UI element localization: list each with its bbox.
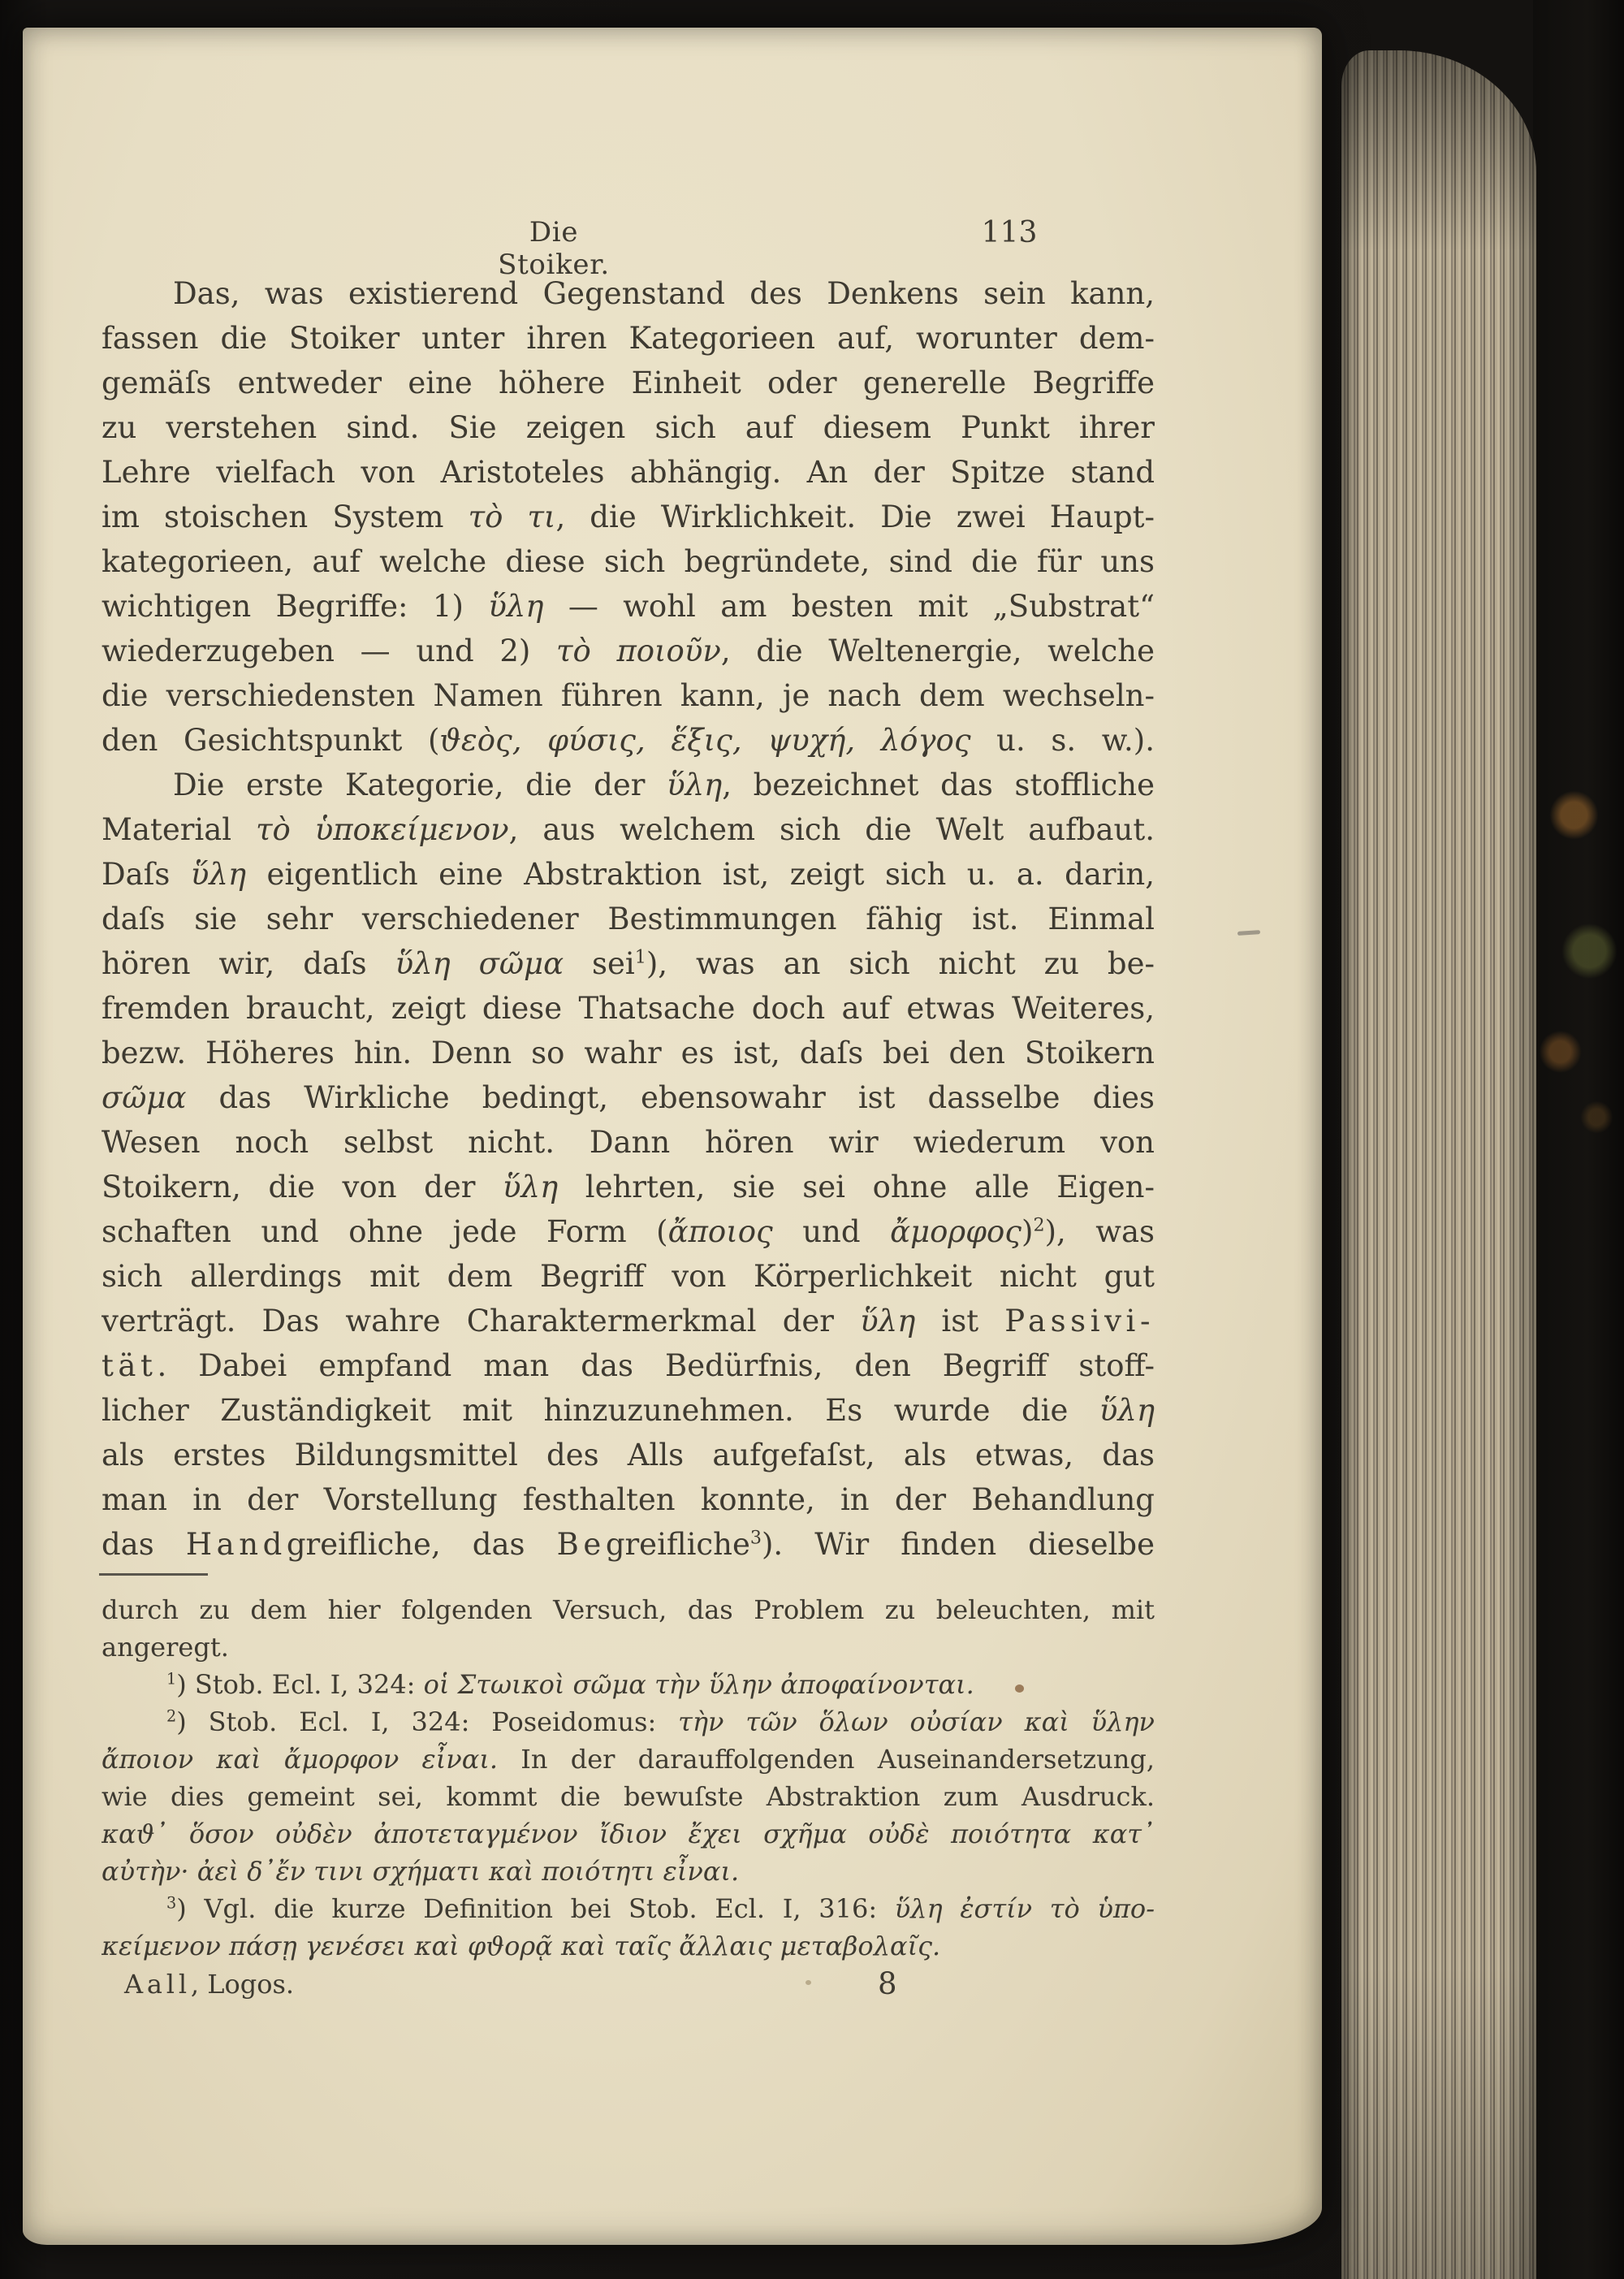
- greek-text: ὕλη: [488, 589, 543, 624]
- book-page: Die Stoiker. 113 Das, was existierend Ge…: [23, 28, 1322, 2245]
- text-run: Wesen noch selbst nicht. Dann hören wir …: [101, 1125, 1155, 1160]
- greek-text: τὸ ποιοῦν: [556, 634, 721, 668]
- text-run: — wohl am besten mit „Substrat“: [543, 589, 1155, 624]
- signature-name: Aall, Logos.: [124, 1969, 294, 2000]
- main-text: Das, was existierend Gegenstand des Denk…: [101, 271, 1155, 1567]
- text-run: Die erste Kategorie, die der: [173, 768, 667, 802]
- footnotes: durch zu dem hier folgenden Versuch, das…: [101, 1591, 1155, 1965]
- text-run: tät: [101, 1348, 157, 1383]
- paper-stain: [806, 1980, 811, 1985]
- greek-text: ὕλη ἐστίν τὸ ὑπο-: [895, 1893, 1155, 1924]
- text-run: Material: [101, 812, 256, 847]
- greek-text: ἄποιος: [668, 1214, 773, 1249]
- greek-text: ὕλη σῶμα: [395, 946, 564, 981]
- text-run: hören wir, daſs: [101, 946, 395, 981]
- text-line: die verschiedensten Namen führen kann, j…: [101, 673, 1155, 718]
- greek-text: καϑ᾽ ὅσον οὐδὲν ἀποτεταγμένον ἴδιον ἔχει…: [101, 1818, 1155, 1849]
- text-line: Wesen noch selbst nicht. Dann hören wir …: [101, 1120, 1155, 1165]
- margin-pencil-mark: [1237, 930, 1260, 936]
- text-run: , Logos.: [191, 1969, 294, 2000]
- text-line: wiederzugeben — und 2) τὸ ποιοῦν, die We…: [101, 629, 1155, 673]
- text-line: fremden braucht, zeigt diese Thatsache d…: [101, 986, 1155, 1031]
- text-line: wie dies gemeint sei, kommt die bewuſste…: [101, 1778, 1155, 1815]
- text-run: ) Stob. Ecl. I, 324: Poseidomus:: [176, 1706, 678, 1737]
- text-line: hören wir, daſs ὕλη σῶμα sei1), was an s…: [101, 941, 1155, 986]
- text-run: man in der Vorstellung festhalten konnte…: [101, 1482, 1155, 1517]
- text-line: tät. Dabei empfand man das Bedürfnis, de…: [101, 1343, 1155, 1388]
- text-line: licher Zuständigkeit mit hinzuzunehmen. …: [101, 1388, 1155, 1433]
- greek-text: σῶμα: [101, 1080, 186, 1115]
- text-run: schaften und ohne jede Form (: [101, 1214, 668, 1249]
- text-run: Hand: [186, 1527, 287, 1562]
- text-run: sei: [564, 946, 635, 981]
- text-line: gemäſs entweder eine höhere Einheit oder…: [101, 361, 1155, 405]
- text-line: durch zu dem hier folgenden Versuch, das…: [101, 1591, 1155, 1628]
- text-line: καϑ᾽ ὅσον οὐδὲν ἀποτεταγμένον ἴδιον ἔχει…: [101, 1815, 1155, 1853]
- text-run: ). Wir finden dieselbe: [762, 1527, 1155, 1562]
- greek-text: κείμενον πάσῃ γενέσει καὶ φϑορᾷ καὶ ταῖς…: [101, 1931, 940, 1961]
- text-run: und: [773, 1214, 890, 1249]
- text-run: ist: [915, 1304, 1004, 1338]
- running-head: Die Stoiker. 113: [23, 216, 1322, 257]
- text-line: man in der Vorstellung festhalten konnte…: [101, 1477, 1155, 1522]
- text-run: Passivi-: [1004, 1304, 1155, 1338]
- greek-text: ἄποιον καὶ ἄμορφον εἶναι.: [101, 1744, 498, 1775]
- text-line: angeregt.: [101, 1628, 1155, 1666]
- text-run: In der darauffolgenden Auseinandersetzun…: [498, 1744, 1155, 1775]
- text-run: fassen die Stoiker unter ihren Kategorie…: [101, 321, 1155, 356]
- text-run: den Gesichtspunkt (: [101, 723, 439, 758]
- text-run: wichtigen Begriffe: 1): [101, 589, 488, 624]
- text-line: Material τὸ ὑποκείμενον, aus welchem sic…: [101, 807, 1155, 852]
- text-run: , aus welchem sich die Welt aufbaut.: [509, 812, 1155, 847]
- text-run: das Wirkliche bedingt, ebensowahr ist da…: [186, 1080, 1155, 1115]
- footnote-marker: 1: [166, 1669, 176, 1688]
- text-run: ), was: [1045, 1214, 1155, 1249]
- text-line: kategorieen, auf welche diese sich begrü…: [101, 539, 1155, 584]
- text-line: 2) Stob. Ecl. I, 324: Poseidomus: τὴν τῶ…: [101, 1703, 1155, 1741]
- footnote-marker: 3: [750, 1528, 762, 1549]
- footnote-separator-rule: [99, 1573, 208, 1576]
- text-line: Lehre vielfach von Aristoteles abhängig.…: [101, 450, 1155, 495]
- greek-text: τὸ τι: [469, 499, 556, 534]
- text-line: bezw. Höheres hin. Denn so wahr es ist, …: [101, 1031, 1155, 1075]
- text-run: ) Stob. Ecl. I, 324:: [176, 1669, 423, 1700]
- text-run: ): [1021, 1214, 1033, 1249]
- marbled-leather-texture: [1533, 674, 1624, 1178]
- text-line: verträgt. Das wahre Charaktermerkmal der…: [101, 1299, 1155, 1343]
- text-line: schaften und ohne jede Form (ἄποιος und …: [101, 1209, 1155, 1254]
- text-line: 3) Vgl. die kurze Definition bei Stob. E…: [101, 1890, 1155, 1927]
- text-run: u. s. w.).: [971, 723, 1155, 758]
- page-number: 113: [981, 216, 1038, 249]
- text-line: Stoikern, die von der ὕλη lehrten, sie s…: [101, 1165, 1155, 1209]
- text-line: ἄποιον καὶ ἄμορφον εἶναι. In der darauff…: [101, 1741, 1155, 1778]
- scanned-book-photo: Die Stoiker. 113 Das, was existierend Ge…: [0, 0, 1624, 2279]
- greek-text: ὕλη: [860, 1304, 915, 1338]
- signature-line: Aall, Logos. 8: [101, 1964, 1155, 2004]
- text-run: licher Zuständigkeit mit hinzuzunehmen. …: [101, 1393, 1099, 1428]
- text-run: durch zu dem hier folgenden Versuch, das…: [101, 1594, 1155, 1625]
- text-run: Be: [557, 1527, 606, 1562]
- text-line: zu verstehen sind. Sie zeigen sich auf d…: [101, 405, 1155, 450]
- text-run: , die Wirklichkeit. Die zwei Haupt-: [555, 499, 1155, 534]
- text-run: ), was an sich nicht zu be-: [646, 946, 1155, 981]
- text-run: das: [101, 1527, 186, 1562]
- text-run: wiederzugeben — und 2): [101, 634, 556, 668]
- text-line: das Handgreifliche, das Begreifliche3). …: [101, 1522, 1155, 1567]
- text-run: als erstes Bildungsmittel des Alls aufge…: [101, 1438, 1155, 1472]
- text-run: , die Weltenergie, welche: [721, 634, 1155, 668]
- text-run: zu verstehen sind. Sie zeigen sich auf d…: [101, 410, 1155, 445]
- text-run: gemäſs entweder eine höhere Einheit oder…: [101, 365, 1155, 400]
- text-line: σῶμα das Wirkliche bedingt, ebensowahr i…: [101, 1075, 1155, 1120]
- greek-text: ὕλη: [503, 1170, 558, 1204]
- text-run: greifliche, das: [287, 1527, 557, 1562]
- greek-text: ὕλη: [1099, 1393, 1155, 1428]
- book-cover-edge: [1533, 0, 1624, 2279]
- text-line: im stoischen System τὸ τι, die Wirklichk…: [101, 495, 1155, 539]
- greek-text: ϑεὸς, φύσις, ἕξις, ψυχή, λόγος: [439, 723, 970, 758]
- text-line: fassen die Stoiker unter ihren Kategorie…: [101, 316, 1155, 361]
- text-line: αὐτὴν· ἀεὶ δ᾽ἔν τινι σχήματι καὶ ποιότητ…: [101, 1853, 1155, 1890]
- footnote-marker: 1: [635, 947, 646, 968]
- text-run: sich allerdings mit dem Begriff von Körp…: [101, 1259, 1155, 1294]
- text-run: im stoischen System: [101, 499, 469, 534]
- text-line: sich allerdings mit dem Begriff von Körp…: [101, 1254, 1155, 1299]
- footnote-marker: 2: [166, 1706, 176, 1725]
- text-line: wichtigen Begriffe: 1) ὕλη — wohl am bes…: [101, 584, 1155, 629]
- text-run: . Dabei empfand man das Bedürfnis, den B…: [157, 1348, 1155, 1383]
- greek-text: ὕλη: [191, 857, 246, 892]
- sheet-number: 8: [878, 1964, 897, 2004]
- text-line: κείμενον πάσῃ γενέσει καὶ φϑορᾷ καὶ ταῖς…: [101, 1927, 1155, 1965]
- greek-text: τὸ ὑποκείμενον: [256, 812, 509, 847]
- text-line: als erstes Bildungsmittel des Alls aufge…: [101, 1433, 1155, 1477]
- text-run: , bezeichnet das stoffliche: [722, 768, 1155, 802]
- text-run: die verschiedensten Namen führen kann, j…: [101, 678, 1155, 713]
- footnote-marker: 3: [166, 1893, 176, 1912]
- text-run: greifliche: [606, 1527, 750, 1562]
- text-run: Lehre vielfach von Aristoteles abhängig.…: [101, 455, 1155, 490]
- text-run: verträgt. Das wahre Charaktermerkmal der: [101, 1304, 860, 1338]
- text-line: den Gesichtspunkt (ϑεὸς, φύσις, ἕξις, ψυ…: [101, 718, 1155, 763]
- text-run: Aall: [124, 1969, 191, 2000]
- text-line: Daſs ὕλη eigentlich eine Abstraktion ist…: [101, 852, 1155, 897]
- greek-text: αὐτὴν· ἀεὶ δ᾽ἔν τινι σχήματι καὶ ποιότητ…: [101, 1856, 739, 1887]
- text-line: daſs sie sehr verschiedener Bestimmungen…: [101, 897, 1155, 941]
- text-run: angeregt.: [101, 1632, 229, 1663]
- greek-text: οἱ Στωικοὶ σῶμα τὴν ὕλην ἀποφαίνονται.: [424, 1669, 974, 1700]
- greek-text: τὴν τῶν ὅλων οὐσίαν καὶ ὕλην: [678, 1706, 1155, 1737]
- footnote-marker: 2: [1033, 1215, 1044, 1236]
- text-run: Stoikern, die von der: [101, 1170, 503, 1204]
- text-line: 1) Stob. Ecl. I, 324: οἱ Στωικοὶ σῶμα τὴ…: [101, 1666, 1155, 1703]
- text-run: kategorieen, auf welche diese sich begrü…: [101, 544, 1155, 579]
- text-run: eigentlich eine Abstraktion ist, zeigt s…: [246, 857, 1155, 892]
- text-run: ) Vgl. die kurze Definition bei Stob. Ec…: [176, 1893, 895, 1924]
- text-run: daſs sie sehr verschiedener Bestimmungen…: [101, 902, 1155, 936]
- paper-stain: [1015, 1684, 1024, 1693]
- text-run: bezw. Höheres hin. Denn so wahr es ist, …: [101, 1036, 1155, 1070]
- text-run: fremden braucht, zeigt diese Thatsache d…: [101, 991, 1155, 1026]
- greek-text: ὕλη: [667, 768, 722, 802]
- text-run: lehrten, sie sei ohne alle Eigen-: [558, 1170, 1155, 1204]
- text-run: Das, was existierend Gegenstand des Denk…: [173, 276, 1155, 311]
- text-run: Daſs: [101, 857, 191, 892]
- text-run: wie dies gemeint sei, kommt die bewuſste…: [101, 1781, 1155, 1812]
- greek-text: ἄμορφος: [890, 1214, 1021, 1249]
- text-line: Das, was existierend Gegenstand des Denk…: [101, 271, 1155, 316]
- book-fore-edge-pages: [1341, 50, 1536, 2279]
- text-line: Die erste Kategorie, die der ὕλη, bezeic…: [101, 763, 1155, 807]
